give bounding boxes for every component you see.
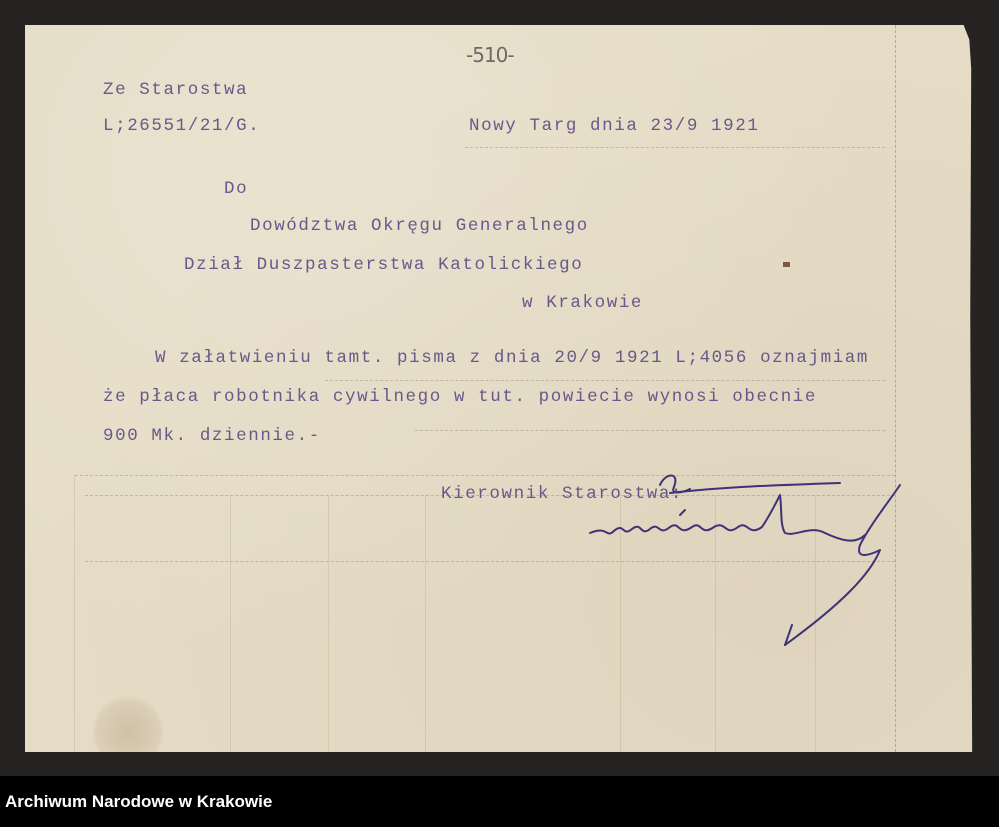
form-rule: [465, 147, 885, 148]
recipient-salutation: Do: [224, 179, 248, 199]
paper-speck: [783, 262, 790, 267]
paper-stain: [93, 695, 163, 770]
archive-footer-banner: Archiwum Narodowe w Krakowie: [0, 776, 999, 827]
form-column-line: [74, 475, 75, 752]
body-line-2: że płaca robotnika cywilnego w tut. powi…: [103, 387, 817, 407]
sender-reference: L;26551/21/G.: [103, 116, 260, 136]
archive-name: Archiwum Narodowe w Krakowie: [5, 792, 272, 812]
recipient-line-2: Dział Duszpasterstwa Katolickiego: [184, 255, 583, 275]
form-column-line: [328, 495, 329, 752]
scan-background: -510- Ze Starostwa L;26551/21/G. Nowy Ta…: [0, 0, 999, 776]
sender-office: Ze Starostwa: [103, 80, 248, 100]
folio-number: -510-: [466, 43, 514, 67]
place-date: Nowy Targ dnia 23/9 1921: [469, 116, 759, 136]
form-rule: [415, 430, 885, 431]
form-rule: [325, 380, 885, 381]
body-line-3: 900 Mk. dziennie.-: [103, 426, 321, 446]
form-column-line: [230, 495, 231, 752]
recipient-line-3: w Krakowie: [522, 293, 643, 313]
handwritten-signature: [570, 465, 910, 655]
body-line-1: W załatwieniu tamt. pisma z dnia 20/9 19…: [155, 348, 869, 368]
recipient-line-1: Dowództwa Okręgu Generalnego: [250, 216, 589, 236]
form-column-line: [425, 495, 426, 752]
